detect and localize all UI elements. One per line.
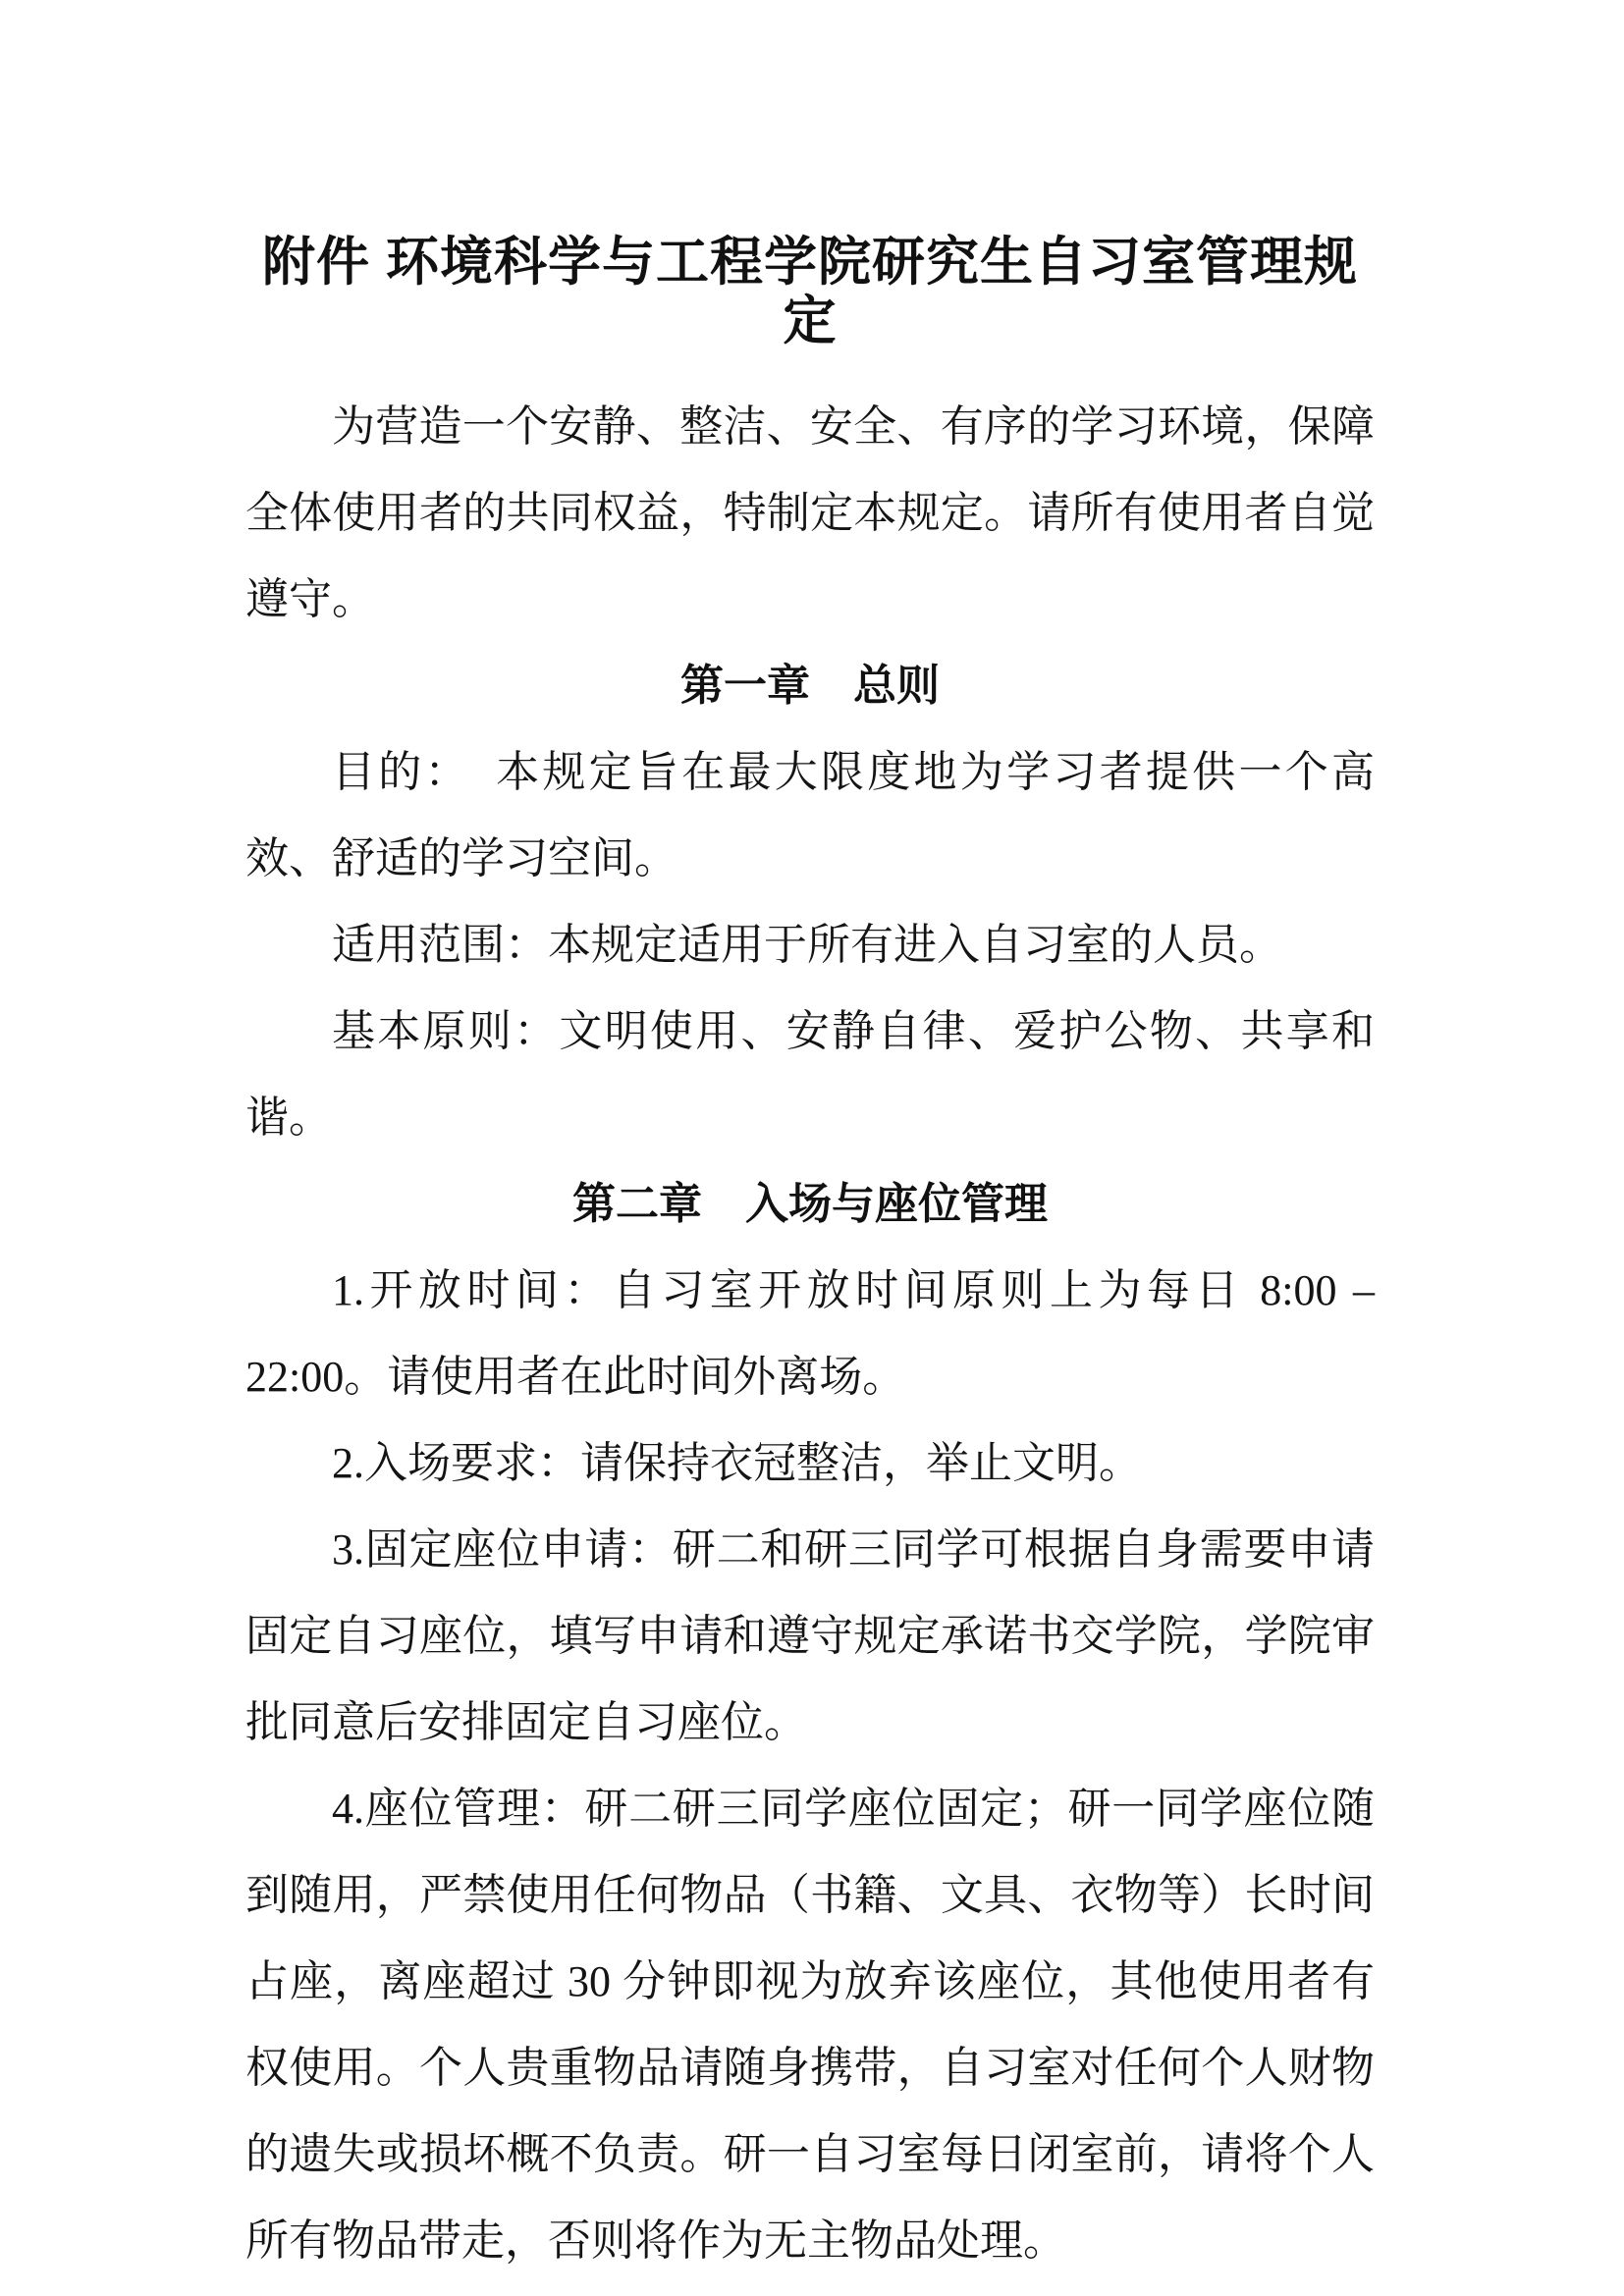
chapter2-item-seat-management: 4.座位管理：研二研三同学座位固定；研一同学座位随到随用，严禁使用任何物品（书籍… — [245, 1766, 1375, 2284]
chapter1-paragraph-principles: 基本原则：文明使用、安静自律、爱护公物、共享和谐。 — [245, 988, 1375, 1161]
chapter2-heading: 第二章 入场与座位管理 — [245, 1161, 1375, 1248]
chapter2-item-opening-hours: 1.开放时间：自习室开放时间原则上为每日 8:00 – 22:00。请使用者在此… — [245, 1248, 1375, 1420]
document-page: 附件 环境科学与工程学院研究生自习室管理规定 为营造一个安静、整洁、安全、有序的… — [0, 0, 1624, 2296]
chapter2-item-fixed-seat-application: 3.固定座位申请：研二和研三同学可根据自身需要申请固定自习座位，填写申请和遵守规… — [245, 1507, 1375, 1766]
document-title: 附件 环境科学与工程学院研究生自习室管理规定 — [245, 233, 1375, 350]
chapter1-heading: 第一章 总则 — [245, 643, 1375, 729]
chapter1-paragraph-purpose: 目的： 本规定旨在最大限度地为学习者提供一个高效、舒适的学习空间。 — [245, 729, 1375, 902]
chapter1-paragraph-scope: 适用范围：本规定适用于所有进入自习室的人员。 — [245, 902, 1375, 988]
chapter2-item-entry-requirements: 2.入场要求：请保持衣冠整洁，举止文明。 — [245, 1420, 1375, 1507]
document-body: 为营造一个安静、整洁、安全、有序的学习环境，保障全体使用者的共同权益，特制定本规… — [245, 384, 1375, 2284]
intro-paragraph: 为营造一个安静、整洁、安全、有序的学习环境，保障全体使用者的共同权益，特制定本规… — [245, 384, 1375, 643]
